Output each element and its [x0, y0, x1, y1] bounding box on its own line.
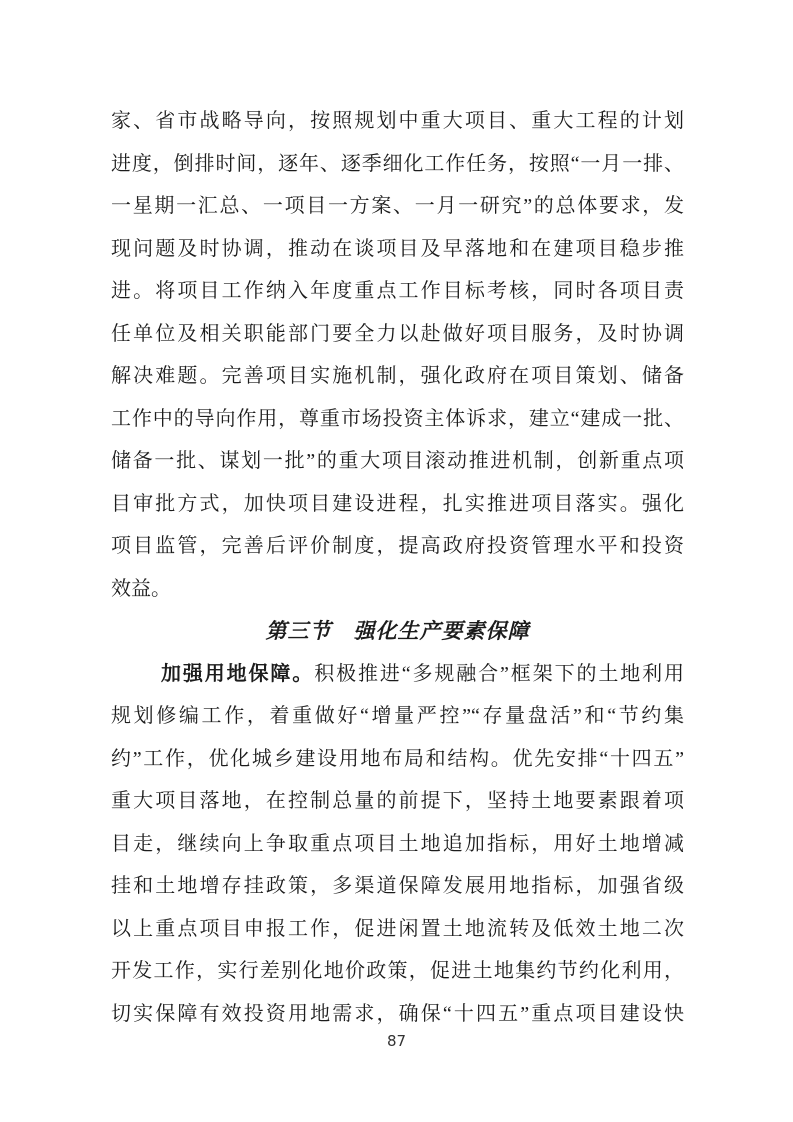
paragraph-land-guarantee: 加强用地保障。积极推进“多规融合”框架下的土地利用 规划修编工作，着重做好“增量…	[111, 653, 684, 1036]
body-text-line: 规划修编工作，着重做好“增量严控”“存量盘活”和“节约集	[111, 695, 684, 738]
page-number: 87	[0, 1032, 793, 1050]
page-body: 家、省市战略导向，按照规划中重大项目、重大工程的计划 进度，倒排时间，逐年、逐季…	[111, 100, 684, 1035]
body-text-line: 解决难题。完善项目实施机制，强化政府在项目策划、储备	[111, 355, 684, 398]
section-heading: 第三节 强化生产要素保障	[111, 610, 684, 653]
body-text-line: 现问题及时协调，推动在谈项目及早落地和在建项目稳步推	[111, 228, 684, 271]
body-text-line: 开发工作，实行差别化地价政策，促进土地集约节约化利用，	[111, 950, 684, 993]
body-text-line: 效益。	[111, 568, 684, 611]
body-text-line: 工作中的导向作用，尊重市场投资主体诉求，建立“建成一批、	[111, 398, 684, 441]
body-text-line: 挂和土地增存挂政策，多渠道保障发展用地指标，加强省级	[111, 865, 684, 908]
paragraph-lead-bold: 加强用地保障。	[161, 663, 314, 685]
body-text-line: 进。将项目工作纳入年度重点工作目标考核，同时各项目责	[111, 270, 684, 313]
body-text-line: 切实保障有效投资用地需求，确保“十四五”重点项目建设快	[111, 993, 684, 1036]
body-text-line: 项目监管，完善后评价制度，提高政府投资管理水平和投资	[111, 525, 684, 568]
body-text-line: 储备一批、谋划一批”的重大项目滚动推进机制，创新重点项	[111, 440, 684, 483]
body-text-line: 加强用地保障。积极推进“多规融合”框架下的土地利用	[111, 653, 684, 696]
body-text-line: 家、省市战略导向，按照规划中重大项目、重大工程的计划	[111, 100, 684, 143]
body-text-line: 以上重点项目申报工作，促进闲置土地流转及低效土地二次	[111, 908, 684, 951]
body-text-line: 目审批方式，加快项目建设进程，扎实推进项目落实。强化	[111, 483, 684, 526]
body-text-line: 进度，倒排时间，逐年、逐季细化工作任务，按照“一月一排、	[111, 143, 684, 186]
lead-line-rest: 积极推进“多规融合”框架下的土地利用	[314, 663, 684, 685]
body-text-line: 一星期一汇总、一项目一方案、一月一研究”的总体要求，发	[111, 185, 684, 228]
body-text-line: 目走，继续向上争取重点项目土地追加指标，用好土地增减	[111, 823, 684, 866]
body-text-line: 重大项目落地，在控制总量的前提下，坚持土地要素跟着项	[111, 780, 684, 823]
body-text-line: 任单位及相关职能部门要全力以赴做好项目服务，及时协调	[111, 313, 684, 356]
document-page: 家、省市战略导向，按照规划中重大项目、重大工程的计划 进度，倒排时间，逐年、逐季…	[0, 0, 793, 1122]
paragraph-project-implementation: 家、省市战略导向，按照规划中重大项目、重大工程的计划 进度，倒排时间，逐年、逐季…	[111, 100, 684, 610]
body-text-line: 约”工作，优化城乡建设用地布局和结构。优先安排“十四五”	[111, 738, 684, 781]
